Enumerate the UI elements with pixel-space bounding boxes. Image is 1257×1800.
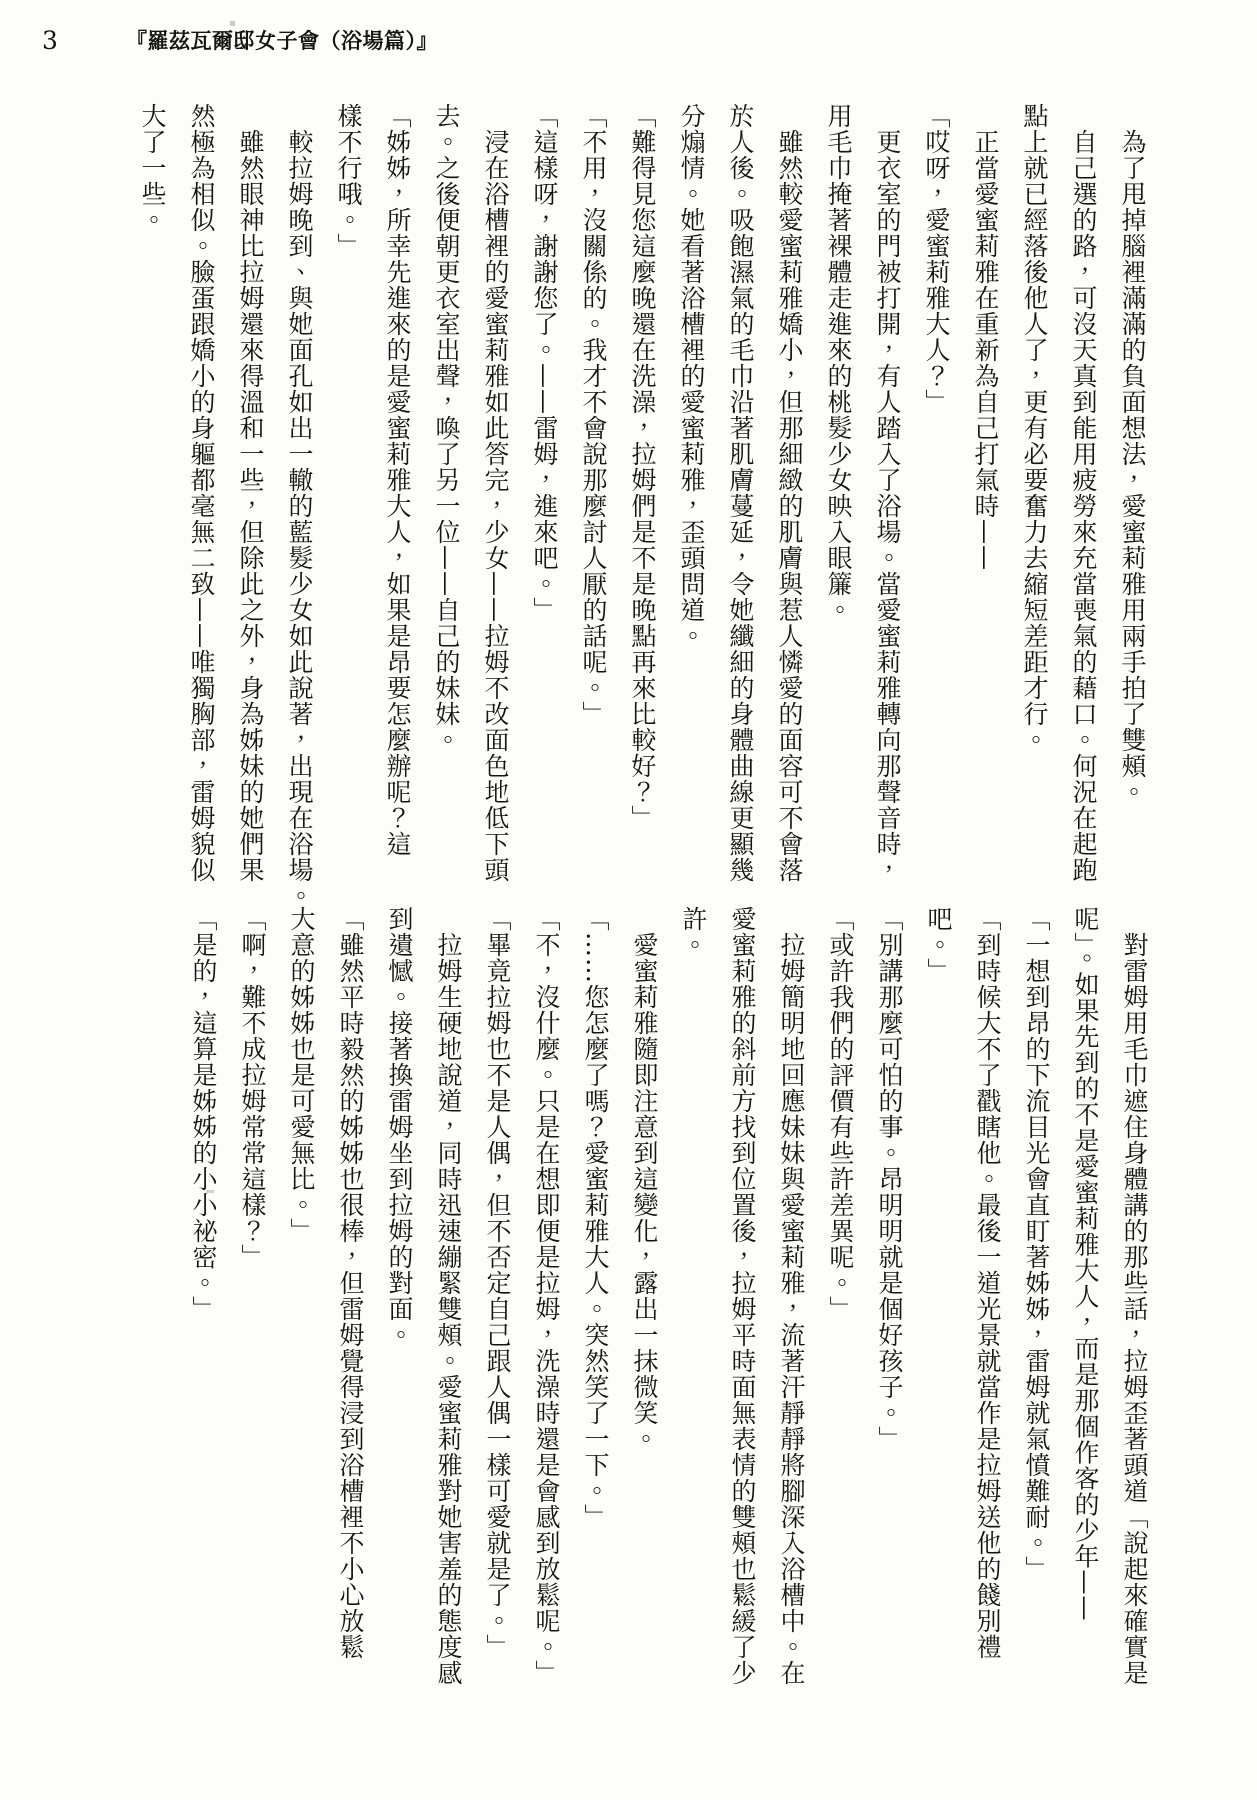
text-column: 拉姆生硬地說道，同時迅速繃緊雙頰。愛蜜莉雅對她害羞的態度感 xyxy=(424,906,473,1701)
text-column: 然極為相似。臉蛋跟嬌小的身軀都毫無二致——唯獨胸部，雷姆貌似 xyxy=(177,103,226,898)
text-column: 「雖然平時毅然的姊姊也很棒，但雷姆覺得浸到浴槽裡不小心放鬆 xyxy=(326,906,375,1701)
text-column: 呢」。如果先到的不是愛蜜莉雅大人，而是那個作客的少年—— xyxy=(1061,906,1110,1701)
text-column: 吧。」 xyxy=(914,906,963,1701)
text-column: 「難得見您這麼晚還在洗澡，拉姆們是不是晚點再來比較好？」 xyxy=(618,103,667,898)
text-column: 許。 xyxy=(669,906,718,1701)
text-column: 點上就已經落後他人了，更有必要奮力去縮短差距才行。 xyxy=(1010,103,1059,898)
text-block-bottom: 對雷姆用毛巾遮住身體講的那些話，拉姆歪著頭道「說起來確實是 呢」。如果先到的不是… xyxy=(179,906,1159,1701)
text-column: 於人後。吸飽濕氣的毛巾沿著肌膚蔓延，令她纖細的身體曲線更顯幾 xyxy=(716,103,765,898)
text-column: 去。之後便朝更衣室出聲，喚了另一位——自己的妹妹。 xyxy=(422,103,471,898)
text-column: 分煽情。她看著浴槽裡的愛蜜莉雅，歪頭問道。 xyxy=(667,103,716,898)
text-column: 更衣室的門被打開，有人踏入了浴場。當愛蜜莉雅轉向那聲音時， xyxy=(863,103,912,898)
text-column: 大意的姊姊也是可愛無比。」 xyxy=(277,906,326,1701)
text-column: 樣不行哦。」 xyxy=(324,103,373,898)
text-column: 拉姆簡明地回應妹妹與愛蜜莉雅，流著汗靜靜將腳深入浴槽中。在 xyxy=(767,906,816,1701)
page-number: 3 xyxy=(42,28,58,53)
scan-speck xyxy=(206,1190,214,1193)
text-column: 愛蜜莉雅隨即注意到這變化，露出一抹微笑。 xyxy=(620,906,669,1701)
text-column: 雖然眼神比拉姆還來得溫和一些，但除此之外，身為姊妹的她們果 xyxy=(226,103,275,898)
text-column: 大了一些。 xyxy=(128,103,177,898)
text-column: 雖然較愛蜜莉雅嬌小，但那細緻的肌膚與惹人憐愛的面容可不會落 xyxy=(765,103,814,898)
page-title: 『羅茲瓦爾邸女子會（浴場篇）』 xyxy=(126,30,438,51)
text-column: 「到時候大不了戳瞎他。最後一道光景就當作是拉姆送他的餞別禮 xyxy=(963,906,1012,1701)
text-column: 「或許我們的評價有些許差異呢。」 xyxy=(816,906,865,1701)
text-column: 「這樣呀，謝謝您了。——雷姆，進來吧。」 xyxy=(520,103,569,898)
text-column: 「姊姊，所幸先進來的是愛蜜莉雅大人，如果是昂要怎麼辦呢？這 xyxy=(373,103,422,898)
text-column: 「不，沒什麼。只是在想即便是拉姆，洗澡時還是會感到放鬆呢。」 xyxy=(522,906,571,1701)
text-column: 為了甩掉腦裡滿滿的負面想法，愛蜜莉雅用兩手拍了雙頰。 xyxy=(1108,103,1157,898)
text-column: 較拉姆晚到、與她面孔如出一轍的藍髮少女如此說著，出現在浴場。 xyxy=(275,103,324,898)
text-column: 「……您怎麼了嗎？愛蜜莉雅大人。突然笑了一下。」 xyxy=(571,906,620,1701)
text-column: 到遺憾。接著換雷姆坐到拉姆的對面。 xyxy=(375,906,424,1701)
text-column: 「不用，沒關係的。我才不會說那麼討人厭的話呢。」 xyxy=(569,103,618,898)
text-column: 正當愛蜜莉雅在重新為自己打氣時—— xyxy=(961,103,1010,898)
text-column: 「畢竟拉姆也不是人偶，但不否定自己跟人偶一樣可愛就是了。」 xyxy=(473,906,522,1701)
text-column: 「是的，這算是姊姊的小小祕密。」 xyxy=(179,906,228,1701)
text-column: 自己選的路，可沒天真到能用疲勞來充當喪氣的藉口。何況在起跑 xyxy=(1059,103,1108,898)
text-block-top: 為了甩掉腦裡滿滿的負面想法，愛蜜莉雅用兩手拍了雙頰。 自己選的路，可沒天真到能用… xyxy=(128,103,1157,898)
scan-speck xyxy=(230,21,235,26)
text-column: 「一想到昂的下流目光會直盯著姊姊，雷姆就氣憤難耐。」 xyxy=(1012,906,1061,1701)
text-column: 「別講那麼可怕的事。昂明明就是個好孩子。」 xyxy=(865,906,914,1701)
novel-page: 3 『羅茲瓦爾邸女子會（浴場篇）』 為了甩掉腦裡滿滿的負面想法，愛蜜莉雅用兩手拍… xyxy=(0,0,1257,1800)
scan-speck xyxy=(294,1141,298,1144)
text-column: 浸在浴槽裡的愛蜜莉雅如此答完，少女——拉姆不改面色地低下頭 xyxy=(471,103,520,898)
text-column: 對雷姆用毛巾遮住身體講的那些話，拉姆歪著頭道「說起來確實是 xyxy=(1110,906,1159,1701)
text-column: 愛蜜莉雅的斜前方找到位置後，拉姆平時面無表情的雙頰也鬆緩了少 xyxy=(718,906,767,1701)
text-column: 「哎呀，愛蜜莉雅大人？」 xyxy=(912,103,961,898)
scan-speck xyxy=(788,1546,792,1550)
text-column: 用毛巾掩著裸體走進來的桃髮少女映入眼簾。 xyxy=(814,103,863,898)
text-column: 「啊，難不成拉姆常常這樣？」 xyxy=(228,906,277,1701)
